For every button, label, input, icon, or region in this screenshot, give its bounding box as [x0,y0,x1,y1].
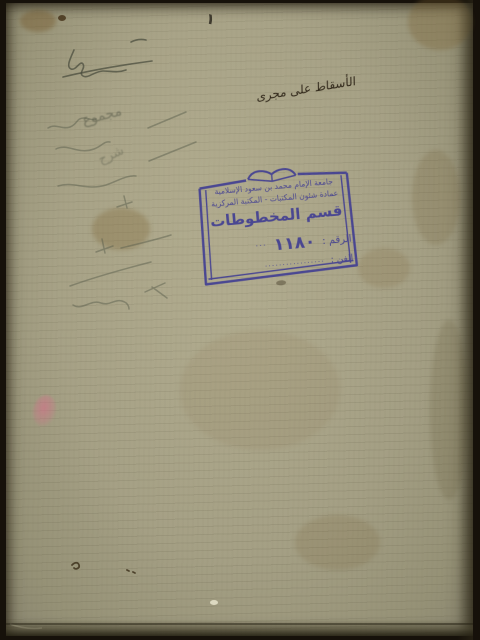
right-edge-shadow [457,0,473,640]
stamp-subject-label: الفن : [330,254,353,266]
handwritten-scribbles [0,0,480,640]
faded-pencil-scribbles-left [48,112,196,309]
stamp-number-value: ١١٨٠ [273,232,316,256]
bottom-edge-band [6,620,473,636]
manuscript-photo: ١ الأسقاط على مجرى مجموع شرح جامعة ا [0,0,480,640]
stamp-number-label: الرقم : [322,233,352,247]
stamp-number-leader-dots: ··· [255,241,267,252]
library-stamp: جامعة الإمام محمد بن سعود الإسلامية عماد… [185,154,369,296]
signature-scribble-top-left [63,39,152,77]
ink-specks-bottom [72,563,135,573]
